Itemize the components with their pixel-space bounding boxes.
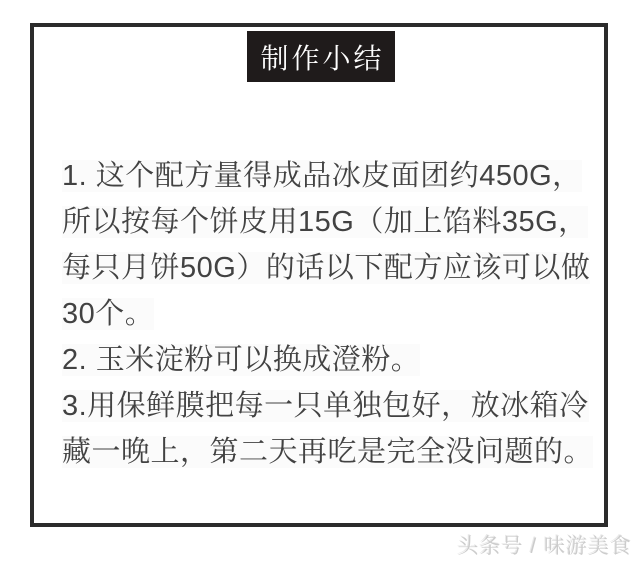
title-banner: 制作小结 bbox=[247, 31, 395, 82]
watermark: 头条号 / 味游美食 bbox=[457, 530, 632, 560]
note-line: 1. 这个配方量得成品冰皮面团约450G， bbox=[62, 153, 593, 199]
note-line: 30个。 bbox=[62, 291, 593, 337]
note-line: 每只月饼50G）的话以下配方应该可以做 bbox=[62, 245, 593, 291]
summary-card: 制作小结 1. 这个配方量得成品冰皮面团约450G， 所以按每个饼皮用15G（加… bbox=[0, 0, 640, 562]
note-line: 3.用保鲜膜把每一只单独包好，放冰箱冷 bbox=[62, 383, 593, 429]
note-line: 所以按每个饼皮用15G（加上馅料35G， bbox=[62, 199, 593, 245]
title-label: 制作小结 bbox=[257, 37, 384, 77]
notes-text-block: 1. 这个配方量得成品冰皮面团约450G， 所以按每个饼皮用15G（加上馅料35… bbox=[62, 153, 593, 475]
note-line: 藏一晚上，第二天再吃是完全没问题的。 bbox=[62, 429, 593, 475]
note-line: 2. 玉米淀粉可以换成澄粉。 bbox=[62, 337, 593, 383]
